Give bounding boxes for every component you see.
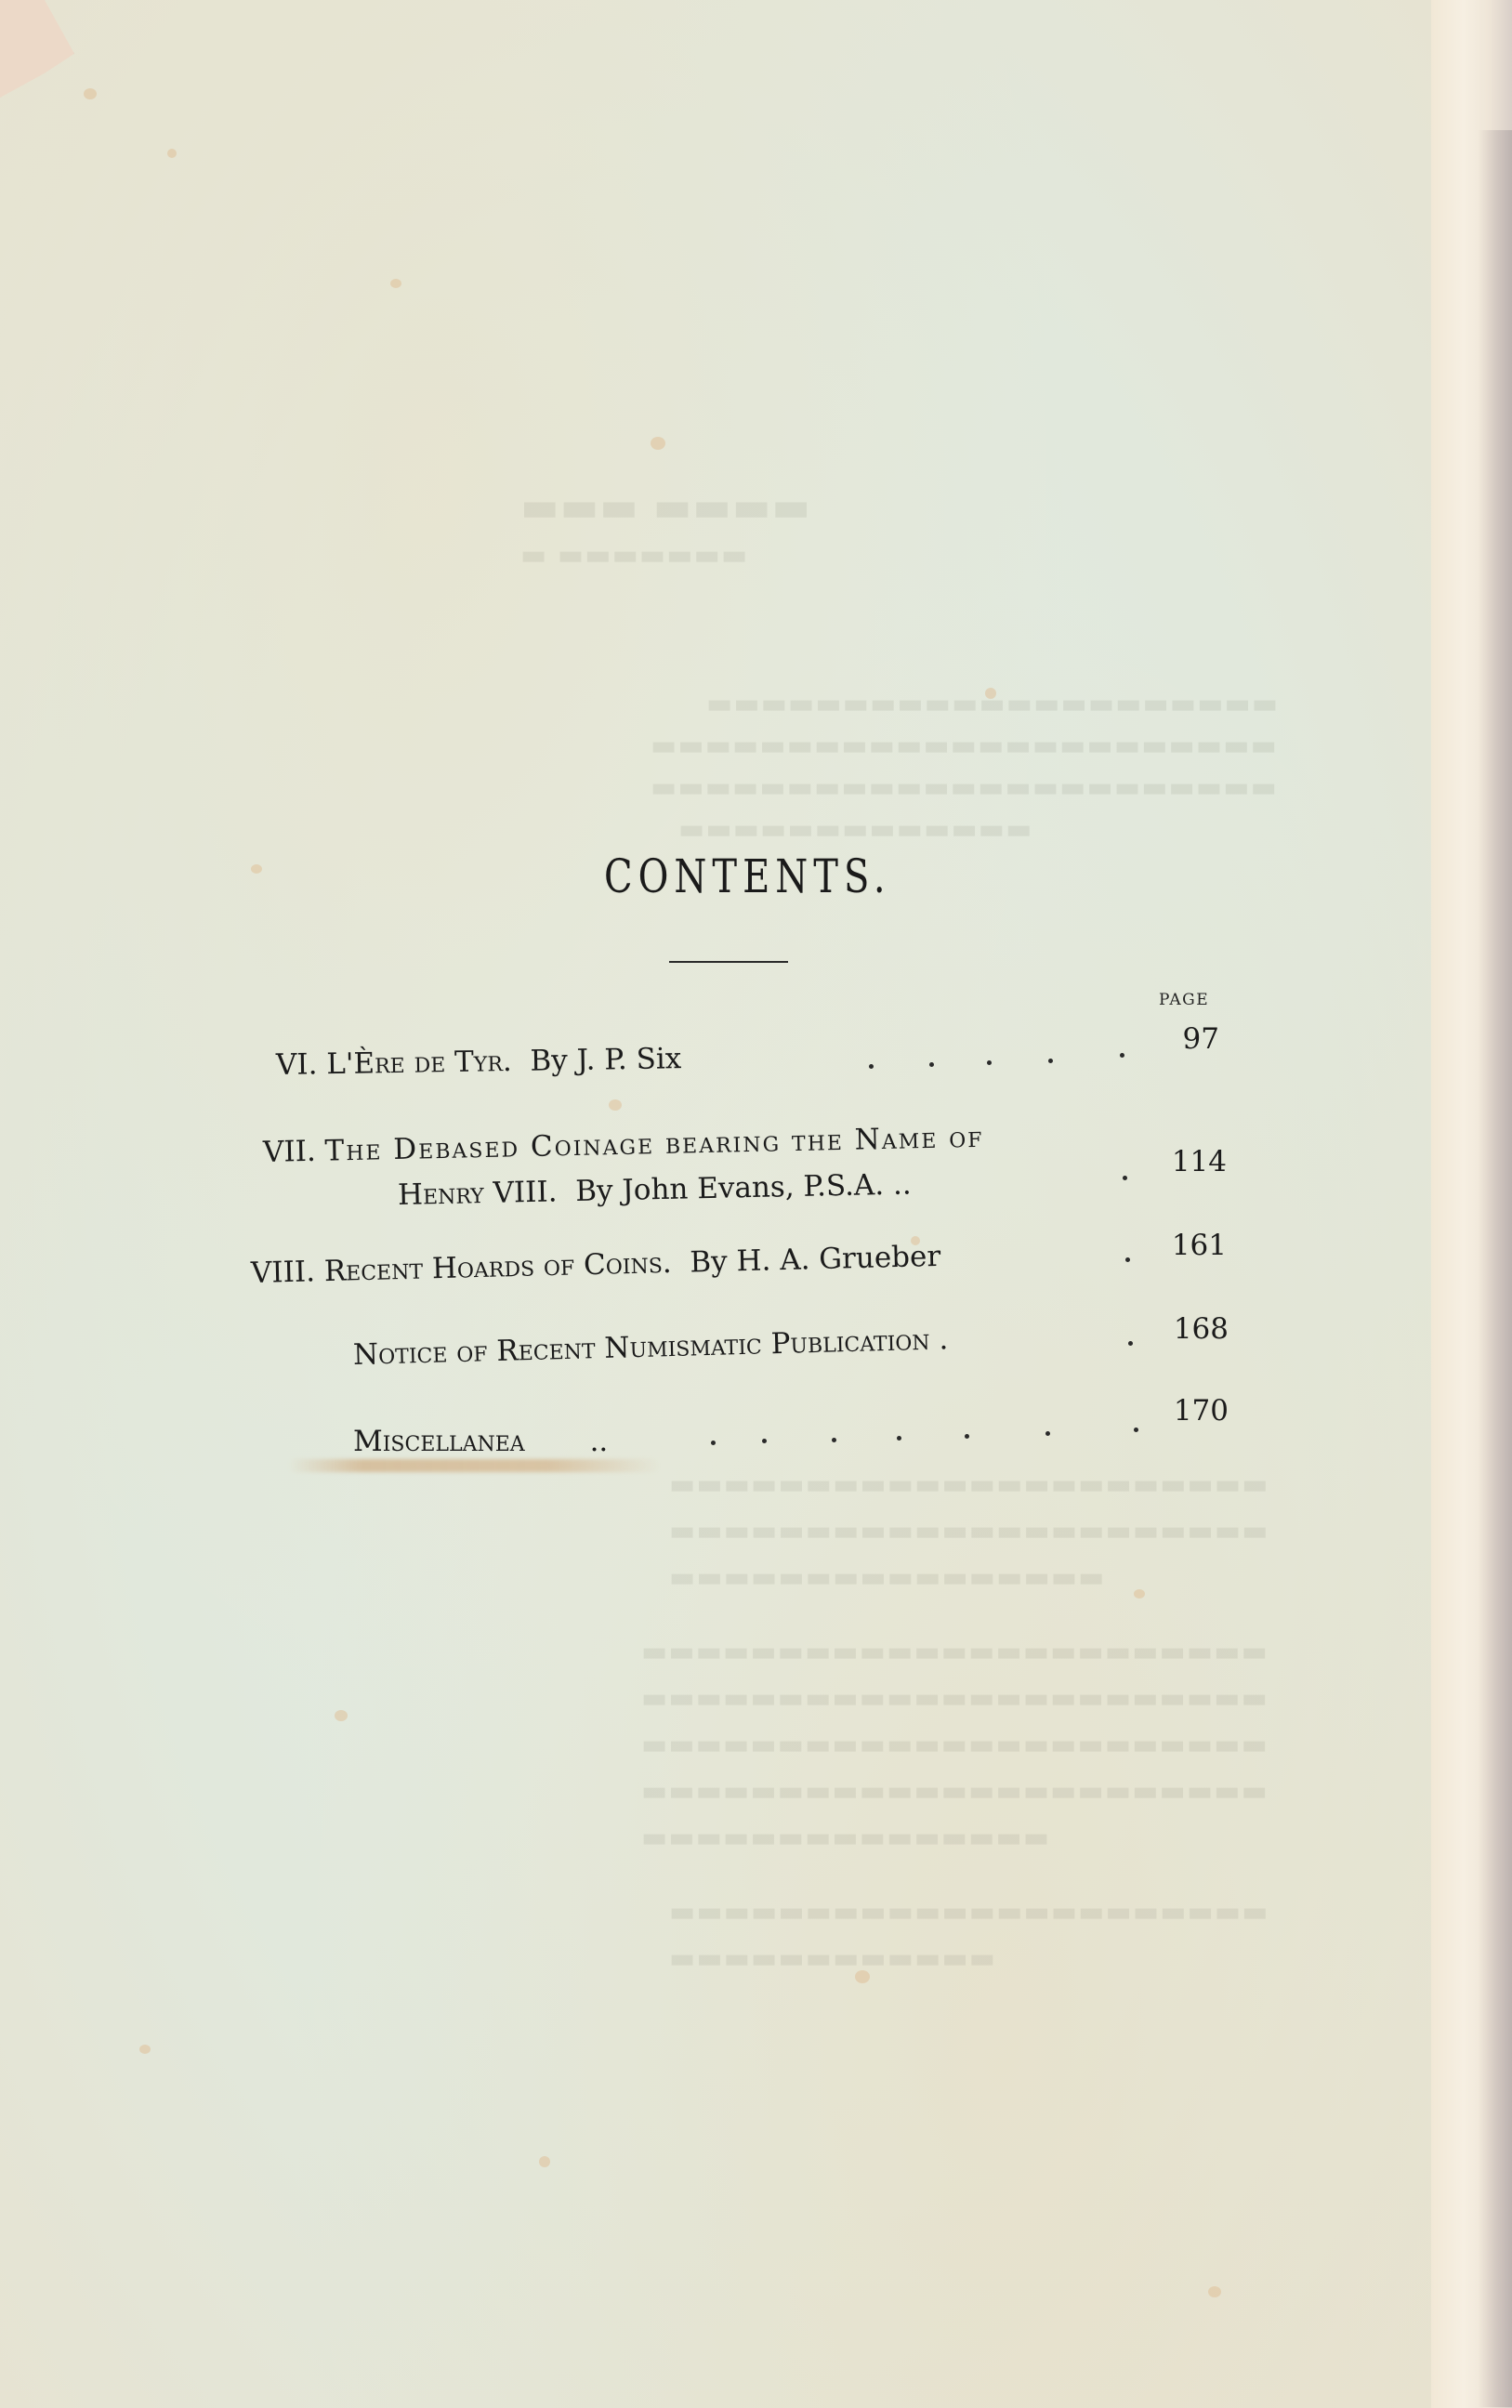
leader-dot	[987, 1060, 992, 1065]
show-through-text: ▬▬▬▬▬▬▬▬▬▬▬▬	[669, 1942, 996, 1975]
leader-dot	[965, 1434, 969, 1439]
show-through-text: ▬▬▬▬▬▬▬▬▬▬▬▬▬▬▬▬▬▬▬▬▬▬▬	[641, 1636, 1269, 1668]
entry-title-line2: Henry VIII.	[398, 1175, 558, 1212]
entry-title: L'Ère de Tyr.	[326, 1045, 512, 1081]
entry-leader: ..	[893, 1167, 912, 1201]
title-rule	[669, 961, 788, 963]
show-through-text: ▬▬▬▬▬▬▬▬▬▬▬▬▬▬▬▬▬▬▬▬▬▬▬	[641, 1682, 1269, 1715]
leader-dot	[1048, 1059, 1053, 1063]
foxing-spot	[390, 279, 401, 288]
foxing-spot	[84, 88, 97, 99]
toc-entry: Miscellanea ..	[353, 1425, 608, 1458]
entry-page-number: 114	[1152, 1145, 1227, 1178]
show-through-text: ▬▬▬▬▬▬▬▬▬▬▬▬▬▬▬▬	[669, 1561, 1106, 1594]
toc-entry: VI. L'Ère de Tyr. By J. P. Six	[276, 1042, 682, 1082]
leader-dot	[762, 1439, 767, 1443]
show-through-text: ▬▬▬▬▬▬▬▬▬▬▬▬▬	[678, 813, 1032, 846]
entry-page-number: 168	[1154, 1312, 1229, 1346]
entry-page-number: 170	[1154, 1394, 1229, 1428]
foxing-spot	[251, 864, 262, 874]
foxing-spot	[609, 1099, 622, 1111]
leader-dot	[1045, 1431, 1050, 1436]
show-through-text: ▬▬▬▬▬▬▬▬▬▬▬▬▬▬▬▬▬▬▬▬▬▬	[669, 1896, 1269, 1928]
leader-dot	[869, 1064, 874, 1069]
foxing-spot	[1208, 2286, 1221, 2297]
page-column-label: PAGE	[1159, 991, 1209, 1009]
page-title: CONTENTS.	[604, 850, 891, 904]
foxing-spot	[1134, 1589, 1145, 1599]
leader-dot	[1134, 1428, 1138, 1432]
foxing-spot	[539, 2156, 550, 2167]
leader-dot	[1123, 1176, 1127, 1180]
entry-page-number: 161	[1152, 1229, 1227, 1262]
entry-author: By J. P. Six	[530, 1042, 681, 1078]
leader-dot	[1128, 1341, 1133, 1346]
water-stain	[288, 1459, 660, 1472]
leader-dot	[711, 1441, 716, 1445]
entry-author: By John Evans, P.S.A.	[575, 1168, 885, 1208]
show-through-text: ▬▬▬▬▬▬▬▬▬▬▬▬▬▬▬▬▬▬▬▬▬	[706, 688, 1279, 720]
foxing-spot	[167, 149, 177, 158]
foxing-spot	[335, 1710, 348, 1721]
entry-leader: ..	[590, 1425, 609, 1458]
entry-page-number: 97	[1145, 1022, 1219, 1056]
leader-dot	[1125, 1257, 1130, 1262]
entry-numeral: VIII.	[251, 1255, 316, 1290]
leader-dot	[832, 1438, 836, 1442]
entry-numeral: VI.	[276, 1047, 318, 1082]
foxing-spot	[139, 2045, 151, 2054]
show-through-text: ▬▬▬▬▬▬▬▬▬▬▬▬▬▬▬▬▬▬▬▬▬▬▬	[641, 1775, 1269, 1808]
page-edge-shadow	[1478, 130, 1512, 2407]
entry-title: Miscellanea	[353, 1425, 525, 1458]
show-through-text: ▬ ▬▬▬▬▬▬▬	[520, 539, 748, 572]
show-through-text: ▬▬▬▬▬▬▬▬▬▬▬▬▬▬▬	[641, 1822, 1050, 1854]
show-through-text: ▬▬▬▬▬▬▬▬▬▬▬▬▬▬▬▬▬▬▬▬▬▬	[669, 1515, 1269, 1547]
show-through-text: ▬▬▬▬▬▬▬▬▬▬▬▬▬▬▬▬▬▬▬▬▬▬▬	[641, 1729, 1269, 1761]
entry-numeral: VII.	[263, 1135, 316, 1169]
show-through-text: ▬▬▬▬▬▬▬▬▬▬▬▬▬▬▬▬▬▬▬▬▬▬▬	[651, 730, 1278, 762]
entry-title-period: .	[929, 1322, 949, 1357]
show-through-text: ▬▬▬▬▬▬▬▬▬▬▬▬▬▬▬▬▬▬▬▬▬▬	[669, 1468, 1269, 1501]
leader-dot	[1120, 1053, 1124, 1058]
show-through-text: ▬▬▬▬▬▬▬▬▬▬▬▬▬▬▬▬▬▬▬▬▬▬▬	[651, 771, 1278, 804]
show-through-text: ▬▬▬ ▬▬▬▬	[520, 483, 811, 531]
foxing-spot	[651, 437, 665, 450]
entry-author: By H. A. Grueber	[690, 1240, 941, 1280]
leader-dot	[929, 1062, 934, 1067]
leader-dot	[897, 1436, 901, 1441]
